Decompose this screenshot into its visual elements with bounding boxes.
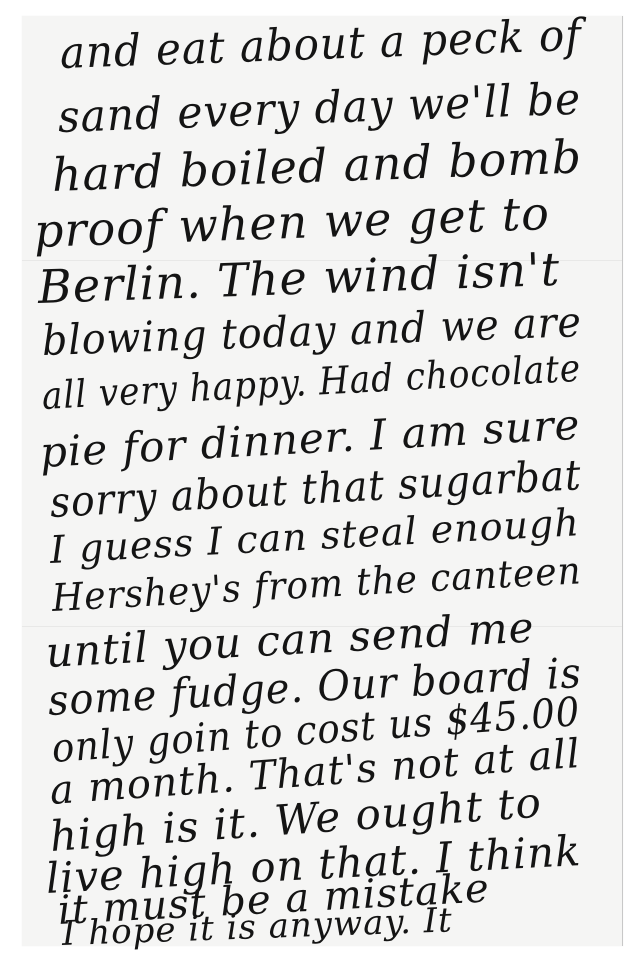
- handwritten-line: and eat about a peck of: [59, 10, 582, 79]
- letter-page: and eat about a peck of sand every day w…: [22, 16, 623, 946]
